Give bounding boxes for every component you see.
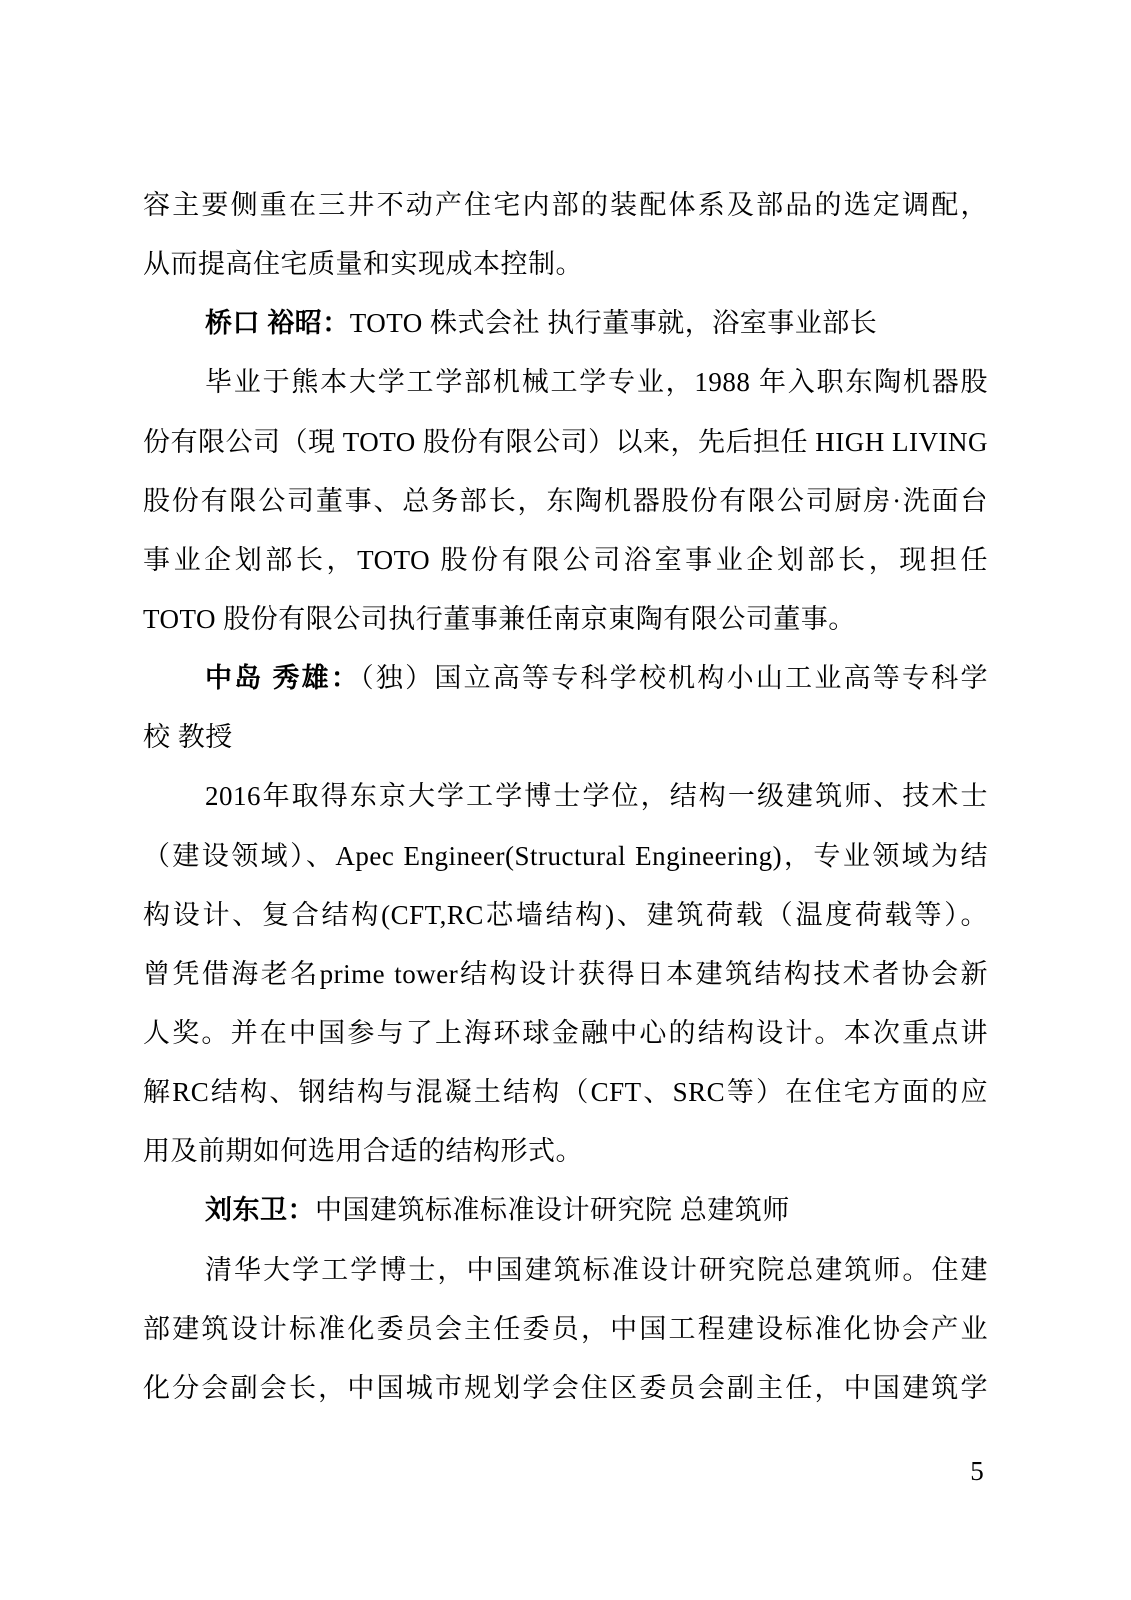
text-segment: 化分会副会长，中国城市规划学会住区委员会副主任，中国建筑学	[143, 1373, 988, 1403]
text-segment: （建设领域）、Apec Engineer(Structural Engineer…	[143, 841, 988, 871]
person-name: 中岛 秀雄：	[205, 663, 360, 693]
text-line: 化分会副会长，中国城市规划学会住区委员会副主任，中国建筑学	[143, 1359, 988, 1418]
text-segment: 曾凭借海老名prime tower结构设计获得日本建筑结构技术者协会新	[143, 959, 988, 989]
person-name: 刘东卫：	[205, 1195, 315, 1225]
text-segment: 2016年取得东京大学工学博士学位，结构一级建筑师、技术士	[205, 781, 988, 811]
text-line: 构设计、复合结构(CFT,RC芯墙结构)、建筑荷载（温度荷载等）。	[143, 886, 988, 945]
text-segment: （独）国立高等专科学校机构小山工业高等专科学	[360, 663, 988, 693]
text-segment: 份有限公司（現 TOTO 股份有限公司）以来，先后担任 HIGH LIVING	[143, 427, 988, 457]
text-line: 从而提高住宅质量和实现成本控制。	[143, 235, 988, 294]
document-page: 容主要侧重在三井不动产住宅内部的装配体系及部品的选定调配，从而提高住宅质量和实现…	[0, 0, 1131, 1600]
text-line: 桥口 裕昭：TOTO 株式会社 执行董事就，浴室事业部长	[143, 294, 988, 353]
text-segment: TOTO 股份有限公司执行董事兼任南京東陶有限公司董事。	[143, 604, 856, 634]
page-number: 5	[952, 1455, 1002, 1487]
text-line: 人奖。并在中国参与了上海环球金融中心的结构设计。本次重点讲	[143, 1004, 988, 1063]
text-line: 校 教授	[143, 708, 988, 767]
text-line: 清华大学工学博士，中国建筑标准设计研究院总建筑师。住建	[143, 1241, 988, 1300]
text-line: 股份有限公司董事、总务部长，东陶机器股份有限公司厨房·洗面台	[143, 472, 988, 531]
text-segment: 构设计、复合结构(CFT,RC芯墙结构)、建筑荷载（温度荷载等）。	[143, 900, 988, 930]
text-segment: 解RC结构、钢结构与混凝土结构（CFT、SRC等）在住宅方面的应	[143, 1077, 988, 1107]
text-line: 解RC结构、钢结构与混凝土结构（CFT、SRC等）在住宅方面的应	[143, 1063, 988, 1122]
text-line: （建设领域）、Apec Engineer(Structural Engineer…	[143, 827, 988, 886]
text-segment: 人奖。并在中国参与了上海环球金融中心的结构设计。本次重点讲	[143, 1018, 988, 1048]
text-segment: 容主要侧重在三井不动产住宅内部的装配体系及部品的选定调配，	[143, 190, 988, 220]
text-segment: 中国建筑标准标准设计研究院 总建筑师	[315, 1195, 790, 1225]
text-segment: 事业企划部长，TOTO 股份有限公司浴室事业企划部长，现担任	[143, 545, 988, 575]
text-line: 刘东卫：中国建筑标准标准设计研究院 总建筑师	[143, 1181, 988, 1240]
text-segment: 从而提高住宅质量和实现成本控制。	[143, 249, 583, 279]
text-line: 部建筑设计标准化委员会主任委员，中国工程建设标准化协会产业	[143, 1300, 988, 1359]
text-segment: 部建筑设计标准化委员会主任委员，中国工程建设标准化协会产业	[143, 1314, 988, 1344]
text-line: 2016年取得东京大学工学博士学位，结构一级建筑师、技术士	[143, 767, 988, 826]
text-line: 毕业于熊本大学工学部机械工学专业，1988 年入职东陶机器股	[143, 353, 988, 412]
text-line: 份有限公司（現 TOTO 股份有限公司）以来，先后担任 HIGH LIVING	[143, 413, 988, 472]
page-text: 容主要侧重在三井不动产住宅内部的装配体系及部品的选定调配，从而提高住宅质量和实现…	[143, 176, 988, 1418]
text-segment: TOTO 株式会社 执行董事就，浴室事业部长	[350, 308, 878, 338]
text-segment: 股份有限公司董事、总务部长，东陶机器股份有限公司厨房·洗面台	[143, 486, 988, 516]
text-line: 事业企划部长，TOTO 股份有限公司浴室事业企划部长，现担任	[143, 531, 988, 590]
text-line: 中岛 秀雄：（独）国立高等专科学校机构小山工业高等专科学	[143, 649, 988, 708]
person-name: 桥口 裕昭：	[205, 308, 350, 338]
text-segment: 用及前期如何选用合适的结构形式。	[143, 1136, 583, 1166]
text-line: 容主要侧重在三井不动产住宅内部的装配体系及部品的选定调配，	[143, 176, 988, 235]
text-line: 曾凭借海老名prime tower结构设计获得日本建筑结构技术者协会新	[143, 945, 988, 1004]
text-segment: 校 教授	[143, 722, 233, 752]
text-segment: 清华大学工学博士，中国建筑标准设计研究院总建筑师。住建	[205, 1255, 988, 1285]
text-line: 用及前期如何选用合适的结构形式。	[143, 1122, 988, 1181]
text-segment: 毕业于熊本大学工学部机械工学专业，1988 年入职东陶机器股	[205, 367, 988, 397]
text-line: TOTO 股份有限公司执行董事兼任南京東陶有限公司董事。	[143, 590, 988, 649]
